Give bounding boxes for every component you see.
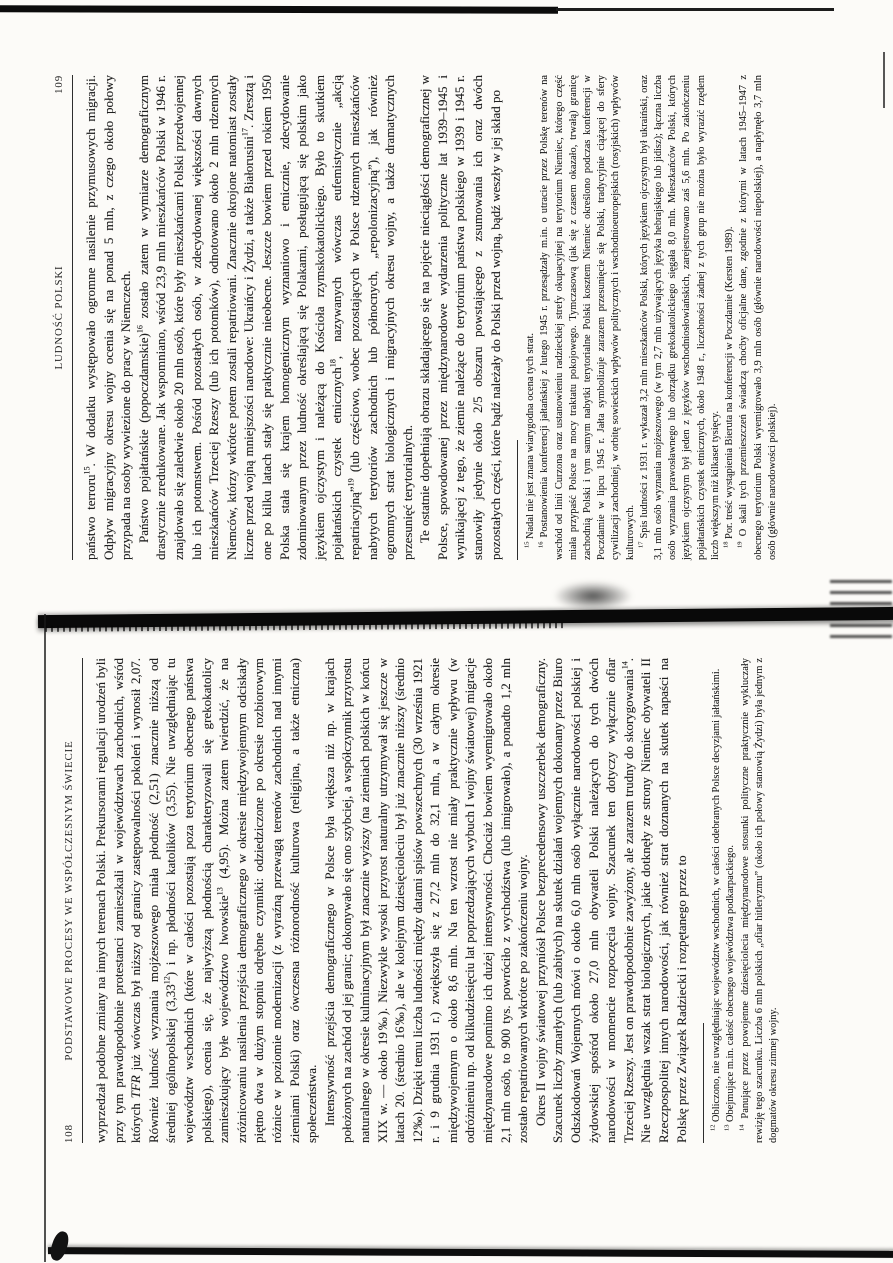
scan-gutter-band	[38, 607, 893, 628]
paragraph: Okres II wojny światowej przyniósł Polsc…	[532, 658, 690, 1143]
page-109: LUDNOŚĆ POLSKI 109 państwo terroru15. W …	[45, 46, 873, 578]
body-text-109: państwo terroru15. W dodatku występowało…	[82, 75, 504, 560]
footnotes-108: 12 Obliczono, nie uwzględniając wojewódz…	[710, 658, 781, 1143]
paragraph: państwo terroru15. W dodatku występowało…	[82, 75, 135, 560]
running-head-rule	[72, 75, 73, 560]
paragraph: Państwo pojałtańskie (popoczdamskie)16 z…	[135, 75, 417, 560]
page-108: 108 PODSTAWOWE PROCESY WE WSPÓŁCZESNYM Ś…	[45, 630, 890, 1250]
footnote: 13 Obejmujące m.in. całość obecnego woje…	[724, 658, 738, 1143]
scan-gutter-smudge	[538, 576, 648, 616]
footnote: 14 Panujące przez powojenne dziesięciole…	[739, 658, 782, 1143]
running-head-rule	[82, 658, 83, 1143]
footnote-separator	[703, 1023, 704, 1143]
page-number: 108	[63, 1109, 75, 1143]
scan-top-edge-strip-thin	[556, 8, 834, 11]
running-head-108: 108 PODSTAWOWE PROCESY WE WSPÓŁCZESNYM Ś…	[63, 658, 75, 1143]
footnote: 12 Obliczono, nie uwzględniając wojewódz…	[710, 658, 724, 1143]
paragraph: Te ostatnie dopełniają obrazu składające…	[416, 75, 504, 560]
running-head-title: LUDNOŚĆ POLSKI	[53, 109, 65, 526]
footnote-separator	[517, 440, 518, 560]
footnote: 16 Postanowienia konferencji jałtańskiej…	[538, 75, 637, 560]
paragraph: Intensywność przejścia demograficznego w…	[321, 658, 532, 1143]
body-text-108: wyprzedzał podobne zmiany na innych tere…	[92, 658, 690, 1143]
scanned-book-spread: { "scan": { "paper_color": "#fcfbf8", "i…	[0, 0, 893, 1263]
scan-right-page-edge	[883, 52, 885, 108]
page-number: 109	[53, 75, 65, 109]
footnotes-109: 15 Nadal nie jest znana wiarygodna ocena…	[524, 75, 780, 560]
footnote: 15 Nadal nie jest znana wiarygodna ocena…	[524, 75, 538, 560]
paragraph: wyprzedzał podobne zmiany na innych tere…	[92, 658, 321, 1143]
scan-top-edge-strip	[0, 5, 558, 13]
footnote: 18 Por. treść wystąpienia Bieruta na kon…	[723, 75, 737, 560]
running-head-title: PODSTAWOWE PROCESY WE WSPÓŁCZESNYM ŚWIEC…	[63, 692, 75, 1109]
footnote: 17 Spis ludności z 1931 r. wykazał 3,2 m…	[638, 75, 723, 560]
running-head-109: LUDNOŚĆ POLSKI 109	[53, 75, 65, 560]
footnote: 19 O skali tych przemieszczeń świadczą c…	[737, 75, 780, 560]
